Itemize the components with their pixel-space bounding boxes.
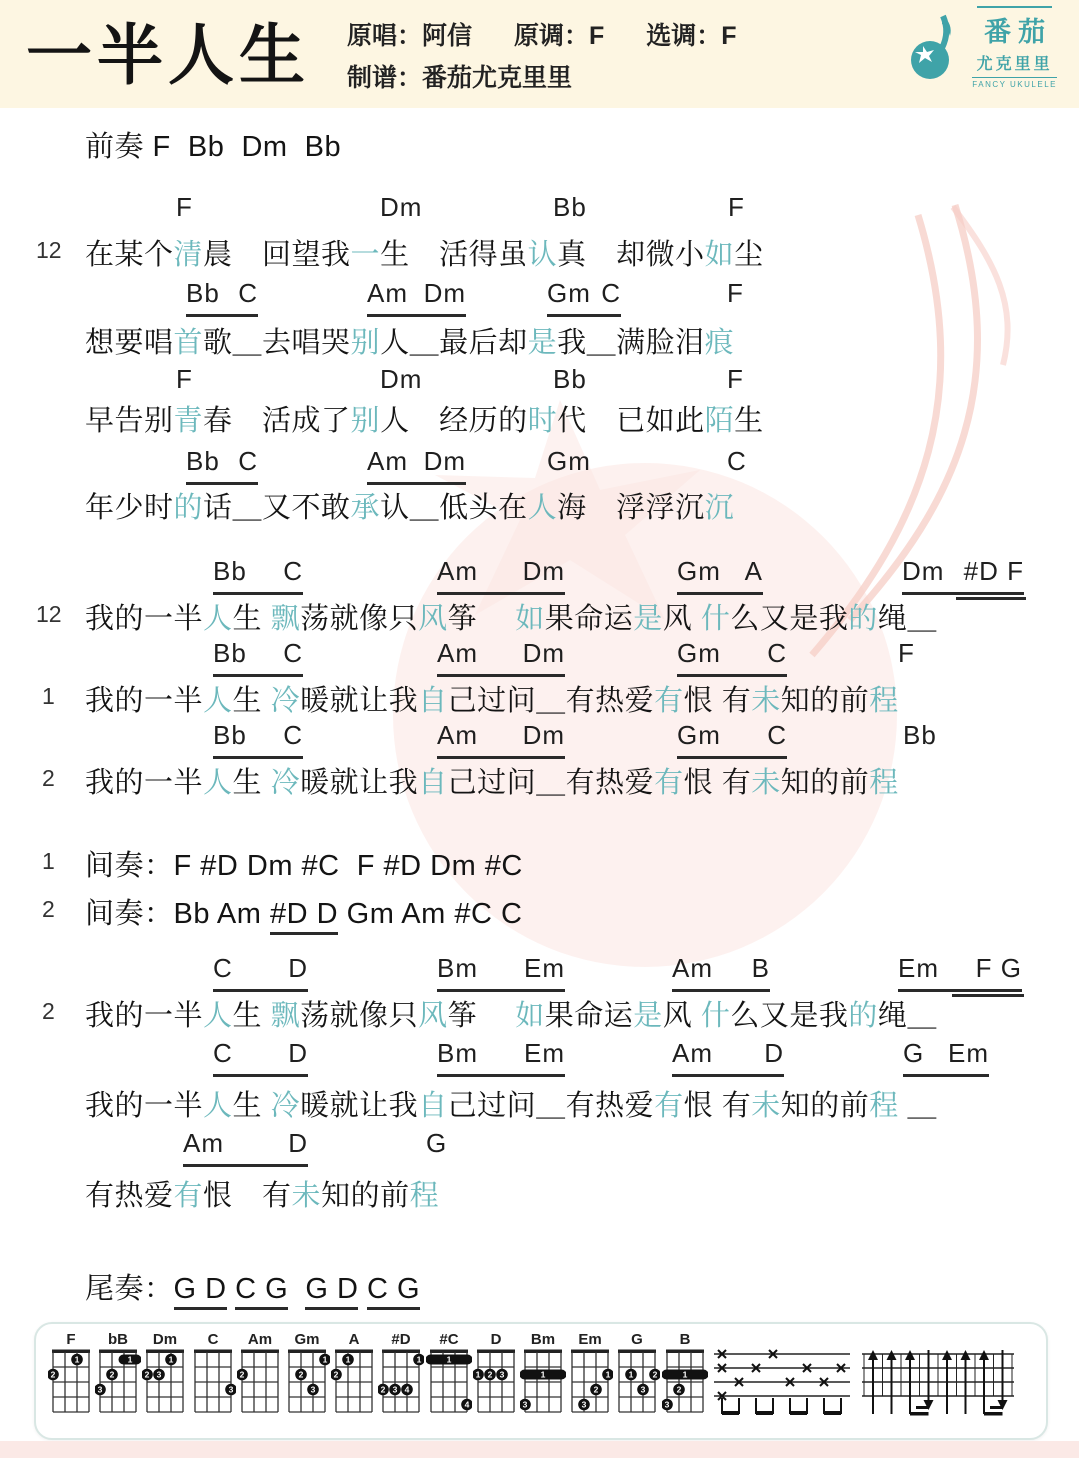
- finger-number: 2: [51, 1370, 56, 1380]
- lyric-highlight: 如: [515, 1000, 545, 1032]
- lyric-highlight: 时: [528, 405, 558, 437]
- chord-diagram: #D1234: [378, 1330, 424, 1418]
- lyric-segment: 暖就让我: [300, 1090, 418, 1122]
- lyric-highlight: 自: [418, 1090, 448, 1122]
- lyric-highlight: 程: [869, 685, 899, 717]
- chord-token-text: Em: [948, 1038, 989, 1069]
- chord-diagram: D123: [473, 1330, 519, 1418]
- chord-token-text: F G: [976, 953, 1022, 984]
- brand-name-cn: 番茄: [977, 6, 1052, 49]
- lyric-segment: 尾奏：: [85, 1273, 174, 1305]
- chord-token-text: C: [283, 638, 303, 669]
- chord-diagram: Bm13: [520, 1330, 566, 1418]
- lyric-segment: 果命运: [545, 603, 634, 635]
- chord-token: EmF G: [898, 953, 1022, 992]
- lyric-highlight: 什: [701, 1000, 731, 1032]
- lyric-segment: 己过问＿有热爱: [448, 767, 655, 799]
- lyric-segment: 年少时: [85, 492, 174, 524]
- chord-token-text: Dm: [424, 446, 466, 477]
- song-title: 一半人生: [26, 2, 310, 97]
- chord-token-text: Dm: [523, 720, 565, 751]
- lyric-highlight: 风: [418, 603, 448, 635]
- chord-token: CD: [213, 953, 308, 992]
- finger-number: 2: [145, 1370, 150, 1380]
- lyric-segment: 生: [233, 1090, 271, 1122]
- chord-token-text: Bm: [437, 1038, 478, 1069]
- lyric-segment: 暖就让我: [300, 685, 418, 717]
- credits-line1: 原唱：阿信 原调：F 选调：F: [347, 16, 737, 52]
- lyric-segment: 荡就像只: [300, 603, 418, 635]
- section-marker: 2: [42, 998, 55, 1025]
- lyric-highlight: 痕: [705, 327, 735, 359]
- lyric-highlight: 人: [203, 1090, 233, 1122]
- lyric-highlight: 如: [515, 603, 545, 635]
- lyric-segment: 生 活得虽: [380, 239, 528, 271]
- chord-token-text: Bb: [186, 278, 220, 309]
- chord-token: F: [898, 638, 915, 669]
- chord-token: AmDm: [437, 720, 565, 759]
- lyric-line: 前奏 F Bb Dm Bb: [0, 124, 1079, 174]
- lyric-highlight: 是: [528, 327, 558, 359]
- lyric-segment: 前奏 F Bb Dm Bb: [85, 131, 341, 163]
- chord-diagram: B123: [662, 1330, 708, 1418]
- lyric-highlight: 程: [869, 767, 899, 799]
- lyric-segment: C G: [235, 1273, 288, 1310]
- lyric-segment: 话＿又不敢: [203, 492, 351, 524]
- finger-number: 2: [334, 1370, 339, 1380]
- chord-name-label: F: [66, 1331, 75, 1348]
- lyric-highlight: 一: [351, 239, 381, 271]
- chord-token: G: [426, 1128, 447, 1159]
- chord-token-text: Gm: [547, 278, 591, 309]
- lyric-highlight: 什: [701, 603, 731, 635]
- chord-token-text: Dm: [523, 638, 565, 669]
- lyric-segment: 果命运: [545, 1000, 634, 1032]
- lyric-highlight: 未: [292, 1180, 322, 1212]
- barre-finger-number: 1: [541, 1370, 546, 1380]
- lyric-segment: 我的一半: [85, 767, 203, 799]
- finger-number: 3: [523, 1400, 528, 1410]
- chord-token: Bb: [903, 720, 937, 751]
- lyric-segment: 知的前: [781, 767, 870, 799]
- chord-token-text: C: [283, 556, 303, 587]
- lyric-segment: 海 浮浮沉: [557, 492, 705, 524]
- lyric-highlight: 有: [654, 685, 684, 717]
- lyric-segment: 歌＿去唱哭: [203, 327, 351, 359]
- lyric-segment: 筝: [448, 603, 516, 635]
- chord-token: BbC: [213, 638, 303, 677]
- lyric-segment: 绳＿: [878, 603, 937, 635]
- finger-number: 3: [499, 1370, 504, 1380]
- lyric-segment: G D: [305, 1273, 358, 1310]
- chord-name-label: Am: [248, 1331, 272, 1348]
- lyric-line: 早告别青春 活成了别人 经历的时代 已如此陌生: [0, 398, 1079, 448]
- chord-token: AmD: [183, 1128, 308, 1167]
- lyric-highlight: 是: [633, 1000, 663, 1032]
- lyric-highlight: 认: [528, 239, 558, 271]
- lyric-text: 间奏：F #D Dm #C F #D Dm #C: [85, 843, 523, 884]
- chord-token-text: C: [213, 1038, 233, 1069]
- chord-token: Dm: [380, 192, 422, 223]
- lyric-highlight: 的: [848, 603, 878, 635]
- chord-diagram: bB123: [95, 1330, 141, 1418]
- chord-name-label: G: [632, 1331, 644, 1348]
- chord-token-text: #D F: [964, 556, 1024, 587]
- chord-token: CD: [213, 1038, 308, 1077]
- lyric-highlight: 未: [751, 767, 781, 799]
- finger-number: 1: [75, 1355, 80, 1365]
- lyric-segment: 认＿低头在: [380, 492, 528, 524]
- lyric-highlight: 冷: [271, 767, 301, 799]
- lyric-text: 前奏 F Bb Dm Bb: [85, 124, 341, 165]
- chord-token: BbC: [186, 446, 258, 485]
- section-marker: 2: [42, 896, 55, 923]
- lyric-highlight: 有: [654, 1090, 684, 1122]
- lyric-highlight: 承: [351, 492, 381, 524]
- chord-token: Gm: [547, 446, 591, 477]
- lyric-segment: 么又是我: [730, 1000, 848, 1032]
- chord-diagram: #C14: [426, 1330, 472, 1418]
- chord-name-label: Bm: [531, 1331, 555, 1348]
- chord-name-label: #D: [392, 1331, 411, 1348]
- chord-name-label: #C: [439, 1331, 458, 1348]
- finger-number: 2: [676, 1385, 681, 1395]
- chord-token: AmD: [672, 1038, 784, 1077]
- lyric-segment: 知的前: [781, 1090, 870, 1122]
- chord-token: BmEm: [437, 1038, 565, 1077]
- chord-token-text: C: [238, 278, 258, 309]
- lyric-segment: 筝: [448, 1000, 516, 1032]
- chord-token-text: D: [288, 1038, 308, 1069]
- lyric-segment: G D: [174, 1273, 227, 1310]
- finger-number: 2: [594, 1385, 599, 1395]
- chord-token: F: [727, 278, 744, 309]
- chord-token: BbC: [186, 278, 258, 317]
- lyric-segment: 荡就像只: [300, 1000, 418, 1032]
- lyric-highlight: 程: [410, 1180, 440, 1212]
- lyric-segment: 人 经历的: [380, 405, 528, 437]
- lyric-segment: 尘: [734, 239, 764, 271]
- barre-finger-number: 1: [128, 1355, 133, 1365]
- chord-token-text: Am: [367, 278, 408, 309]
- lyric-highlight: 人: [203, 1000, 233, 1032]
- chord-token-text: D: [764, 1038, 784, 1069]
- lyric-text: 我的一半人生 冷暖就让我自己过问＿有热爱有恨 有未知的前程: [85, 678, 899, 719]
- finger-number: 2: [381, 1385, 386, 1395]
- lyric-line: 有热爱有恨 有未知的前程: [0, 1173, 1079, 1223]
- chord-name-label: Em: [579, 1331, 602, 1348]
- chord-name-label: bB: [108, 1331, 128, 1348]
- chord-line: AmDG: [0, 1128, 1079, 1178]
- finger-number: 3: [311, 1385, 316, 1395]
- lyric-highlight: 未: [751, 685, 781, 717]
- lyric-segment: Gm Am #C C: [338, 898, 522, 930]
- lyric-line: 2间奏：Bb Am #D D Gm Am #C C: [0, 891, 1079, 941]
- lyric-highlight: 的: [848, 1000, 878, 1032]
- chord-token: AmDm: [437, 556, 565, 595]
- credit-arranger: 制谱：番茄尤克里里: [347, 58, 572, 94]
- lyric-segment: 生: [233, 685, 271, 717]
- lyric-text: 早告别青春 活成了别人 经历的时代 已如此陌生: [85, 398, 764, 439]
- header: 一半人生 原唱：阿信 原调：F 选调：F 制谱：番茄尤克里里 番茄 尤克里里 F…: [0, 0, 1079, 108]
- lyric-highlight: 人: [203, 685, 233, 717]
- lyric-segment: 绳＿: [878, 1000, 937, 1032]
- chord-token: Bb: [553, 364, 587, 395]
- finger-number: 1: [606, 1370, 611, 1380]
- lyric-highlight: 人: [203, 603, 233, 635]
- lyric-text: 有热爱有恨 有未知的前程: [85, 1173, 439, 1214]
- finger-number: 3: [641, 1385, 646, 1395]
- lyric-line: 2我的一半人生 飘荡就像只风筝 如果命运是风 什么又是我的绳＿: [0, 993, 1079, 1043]
- lyric-segment: 生: [734, 405, 764, 437]
- finger-number: 4: [405, 1385, 410, 1395]
- chord-token: GmC: [677, 720, 787, 759]
- chord-token-text: B: [752, 953, 770, 984]
- lyric-segment: 晨 回望我: [203, 239, 351, 271]
- chord-token: AmB: [672, 953, 770, 992]
- lyric-highlight: 首: [174, 327, 204, 359]
- lyric-segment: [227, 1273, 236, 1305]
- chord-diagram: A12: [331, 1330, 377, 1418]
- lyric-line: 1间奏：F #D Dm #C F #D Dm #C: [0, 843, 1079, 893]
- chord-diagram: F12: [48, 1330, 94, 1418]
- finger-number: 2: [653, 1370, 658, 1380]
- chord-name-label: B: [679, 1331, 690, 1348]
- lyric-line: 2我的一半人生 冷暖就让我自己过问＿有热爱有恨 有未知的前程: [0, 760, 1079, 810]
- lyric-highlight: 别: [351, 405, 381, 437]
- brand-logo: 番茄 尤克里里 FANCY UKULELE: [906, 6, 1057, 89]
- lyric-text: 尾奏：G D C G G D C G: [85, 1266, 420, 1307]
- lyric-segment: 人＿最后却: [380, 327, 528, 359]
- chord-token: GEm: [903, 1038, 989, 1077]
- chord-token-text: Am: [183, 1128, 224, 1159]
- strumming-pattern-diagram: [860, 1346, 1018, 1426]
- chord-token: F: [728, 192, 745, 223]
- chord-token-text: Bb: [213, 556, 247, 587]
- chord-name-label: Gm: [294, 1331, 319, 1348]
- lyric-segment: 我的一半: [85, 1000, 203, 1032]
- lyric-segment: 恨 有: [684, 767, 752, 799]
- finger-number: 3: [393, 1385, 398, 1395]
- lyric-segment: 我＿满脸泪: [557, 327, 705, 359]
- lyric-highlight: 冷: [271, 1090, 301, 1122]
- finger-number: 2: [487, 1370, 492, 1380]
- chord-token-text: Dm: [424, 278, 466, 309]
- chord-diagram: G123: [614, 1330, 660, 1418]
- lyric-segment: 在某个: [85, 239, 174, 271]
- chord-name-label: A: [349, 1331, 360, 1348]
- lyric-highlight: 清: [174, 239, 204, 271]
- lyric-segment: [288, 1273, 305, 1305]
- chord-name-label: C: [207, 1331, 218, 1348]
- finger-number: 1: [169, 1355, 174, 1365]
- chord-diagram-box: F12bB123Dm123C3Am2Gm123A12#D1234#C14D123…: [34, 1322, 1048, 1440]
- chord-token: BbC: [213, 720, 303, 759]
- lyric-segment: 己过问＿有热爱: [448, 685, 655, 717]
- lyric-highlight: 自: [418, 685, 448, 717]
- lyric-highlight: 人: [528, 492, 558, 524]
- lyric-segment: 知的前: [781, 685, 870, 717]
- chord-token: F: [176, 364, 193, 395]
- section-marker: 12: [36, 601, 62, 628]
- lyric-highlight: 风: [418, 1000, 448, 1032]
- lyric-segment: 真 却微小: [557, 239, 705, 271]
- lyric-text: 年少时的话＿又不敢承认＿低头在人海 浮浮沉沉: [85, 485, 734, 526]
- chord-token: GmA: [677, 556, 763, 595]
- chord-token-text: Dm: [523, 556, 565, 587]
- chord-token-text: C: [238, 446, 258, 477]
- chord-token-text: Dm: [902, 556, 944, 587]
- lyric-segment: 己过问＿有热爱: [448, 1090, 655, 1122]
- chord-token: Bb: [553, 192, 587, 223]
- lyric-line: 尾奏：G D C G G D C G: [0, 1266, 1079, 1316]
- lyric-segment: 代 已如此: [557, 405, 705, 437]
- finger-number: 3: [157, 1370, 162, 1380]
- lyric-highlight: 的: [174, 492, 204, 524]
- lyric-highlight: 飘: [271, 603, 301, 635]
- lyric-text: 我的一半人生 冷暖就让我自己过问＿有热爱有恨 有未知的前程 ＿: [85, 1083, 937, 1124]
- lyric-highlight: 未: [751, 1090, 781, 1122]
- lyric-segment: 风: [663, 1000, 701, 1032]
- chord-token-text: Em: [898, 953, 939, 984]
- chord-token-text: Am: [437, 720, 478, 751]
- sheet-body: 前奏 F Bb Dm BbFDmBbF12在某个清晨 回望我一生 活得虽认真 却…: [0, 0, 1079, 1458]
- lyric-segment: 间奏：Bb Am: [85, 898, 270, 930]
- finger-number: 1: [629, 1370, 634, 1380]
- chord-token-text: C: [213, 953, 233, 984]
- lyric-segment: 早告别: [85, 405, 174, 437]
- credit-original-singer: 原唱：阿信: [347, 16, 472, 52]
- lyric-highlight: 有: [654, 767, 684, 799]
- chord-token: AmDm: [367, 278, 466, 317]
- chord-token-text: Em: [524, 953, 565, 984]
- chord-token-text: Am: [672, 953, 713, 984]
- chord-diagram: Dm123: [142, 1330, 188, 1418]
- finger-number: 3: [664, 1400, 669, 1410]
- chord-token-text: C: [767, 720, 787, 751]
- lyric-segment: 暖就让我: [300, 767, 418, 799]
- picking-pattern-diagram: [712, 1346, 854, 1426]
- lyric-text: 间奏：Bb Am #D D Gm Am #C C: [85, 891, 522, 932]
- lyric-highlight: 飘: [271, 1000, 301, 1032]
- lyric-highlight: 别: [351, 327, 381, 359]
- lyric-line: 年少时的话＿又不敢承认＿低头在人海 浮浮沉沉: [0, 485, 1079, 535]
- finger-number: 1: [323, 1355, 328, 1365]
- chord-token-text: Gm: [677, 638, 721, 669]
- lyric-segment: 恨 有: [684, 685, 752, 717]
- chord-token-text: Bb: [186, 446, 220, 477]
- lyric-line: 我的一半人生 冷暖就让我自己过问＿有热爱有恨 有未知的前程 ＿: [0, 1083, 1079, 1133]
- lyric-segment: [358, 1273, 367, 1305]
- chord-diagram: Gm123: [284, 1330, 330, 1418]
- lyric-highlight: 冷: [271, 685, 301, 717]
- lyric-segment: 生: [233, 1000, 271, 1032]
- brand-subname-cn: 尤克里里: [977, 51, 1053, 74]
- lyric-segment: 我的一半: [85, 603, 203, 635]
- chord-token: Dm: [380, 364, 422, 395]
- chord-token-text: Am: [672, 1038, 713, 1069]
- chord-token-text: Am: [367, 446, 408, 477]
- finger-number: 3: [98, 1385, 103, 1395]
- chord-token-text: D: [288, 953, 308, 984]
- chord-token-text: A: [745, 556, 763, 587]
- lyric-highlight: 有: [174, 1180, 204, 1212]
- chord-token: AmDm: [367, 446, 466, 485]
- finger-number: 1: [417, 1355, 422, 1365]
- chord-token: Dm#D F: [902, 556, 1024, 595]
- credit-original-key: 原调：F: [514, 16, 604, 52]
- lyric-text: 在某个清晨 回望我一生 活得虽认真 却微小如尘: [85, 232, 764, 273]
- chord-token-text: G: [903, 1038, 924, 1069]
- chord-token-text: Bb: [213, 720, 247, 751]
- finger-number: 1: [346, 1355, 351, 1365]
- lyric-highlight: 陌: [705, 405, 735, 437]
- lyric-segment: 我的一半: [85, 1090, 203, 1122]
- section-marker: 1: [42, 683, 55, 710]
- lyric-highlight: 程: [869, 1090, 899, 1122]
- finger-number: 2: [110, 1370, 115, 1380]
- chord-name-label: D: [490, 1331, 501, 1348]
- chord-token: GmC: [677, 638, 787, 677]
- lyric-highlight: 人: [203, 767, 233, 799]
- lyric-highlight: 自: [418, 767, 448, 799]
- chord-token-text: Am: [437, 556, 478, 587]
- lyric-segment: 生: [233, 767, 271, 799]
- lyric-segment: 知的前: [321, 1180, 410, 1212]
- finger-number: 4: [464, 1400, 469, 1410]
- chord-token-text: C: [767, 638, 787, 669]
- lyric-segment: 恨 有: [203, 1180, 292, 1212]
- lyric-highlight: 是: [633, 603, 663, 635]
- chord-line: CDBmEmAmDGEm: [0, 1038, 1079, 1088]
- lyric-segment: 想要唱: [85, 327, 174, 359]
- finger-number: 3: [228, 1385, 233, 1395]
- chord-sheet-page: 一半人生 原唱：阿信 原调：F 选调：F 制谱：番茄尤克里里 番茄 尤克里里 F…: [0, 0, 1079, 1458]
- section-marker: 1: [42, 848, 55, 875]
- chord-token: GmC: [547, 278, 621, 317]
- lyric-segment: 我的一半: [85, 685, 203, 717]
- finger-number: 1: [475, 1370, 480, 1380]
- chord-token: AmDm: [437, 638, 565, 677]
- chord-name-label: Dm: [153, 1331, 177, 1348]
- barre-finger-number: 1: [682, 1370, 687, 1380]
- lyric-segment: 生: [233, 603, 271, 635]
- chord-token-text: Gm: [677, 720, 721, 751]
- lyric-segment: ＿: [899, 1090, 937, 1122]
- lyric-highlight: 如: [705, 239, 735, 271]
- lyric-segment: C G: [367, 1273, 420, 1310]
- section-marker: 2: [42, 765, 55, 792]
- chord-token: F: [176, 192, 193, 223]
- chord-token: BbC: [213, 556, 303, 595]
- footer-strip: [0, 1441, 1079, 1458]
- chord-token-text: Gm: [677, 556, 721, 587]
- chord-diagram: C3: [190, 1330, 236, 1418]
- lyric-segment: 恨 有: [684, 1090, 752, 1122]
- chord-token: C: [727, 446, 747, 477]
- lyric-segment: 间奏：F #D Dm #C F #D Dm #C: [85, 850, 523, 882]
- lyric-segment: 风: [663, 603, 701, 635]
- chord-token-text: Bb: [213, 638, 247, 669]
- lyric-text: 想要唱首歌＿去唱哭别人＿最后却是我＿满脸泪痕: [85, 320, 734, 361]
- chord-token-text: Am: [437, 638, 478, 669]
- credit-selected-key: 选调：F: [646, 16, 736, 52]
- finger-number: 3: [582, 1400, 587, 1410]
- lyric-segment: 有热爱: [85, 1180, 174, 1212]
- finger-number: 2: [299, 1370, 304, 1380]
- tomato-note-icon: [906, 8, 962, 88]
- barre-finger-number: 1: [446, 1355, 451, 1365]
